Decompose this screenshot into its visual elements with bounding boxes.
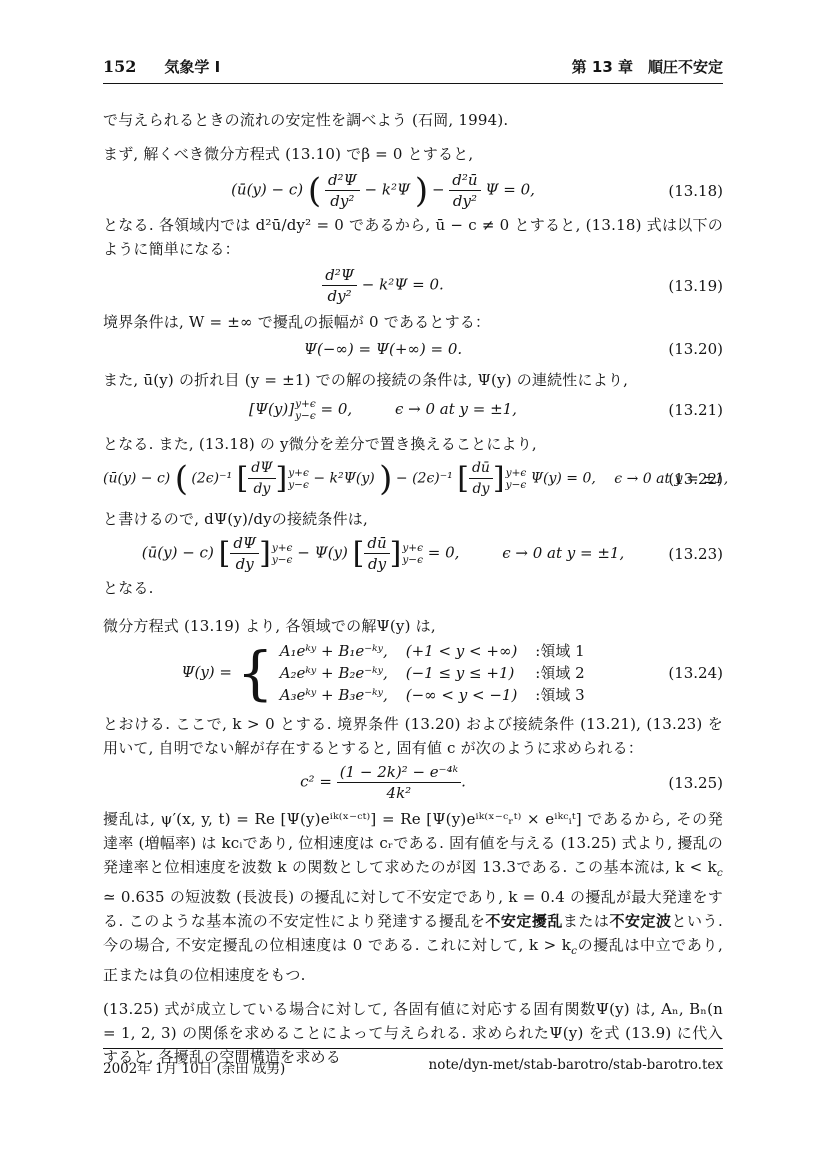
minus-sign: − xyxy=(432,181,445,199)
eq-term: (2ϵ)⁻¹ xyxy=(191,471,232,487)
lower-limit: y−ϵ xyxy=(272,554,293,566)
course-title: 気象学 I xyxy=(164,56,220,77)
eq-term: Ψ(y) = xyxy=(181,663,232,681)
case-expr: A₂eᵏʸ + B₂e⁻ᵏʸ, xyxy=(280,664,388,682)
case-cond: (−1 ≤ y ≤ +1) xyxy=(406,664,518,682)
eq-term: Ψ(−∞) = Ψ(+∞) = 0. xyxy=(304,340,462,358)
numerator: d²Ψ xyxy=(322,267,357,285)
chapter-title: 第 13 章 順圧不安定 xyxy=(572,56,723,77)
page-number: 152 xyxy=(103,57,136,76)
fraction: d²Ψdy² xyxy=(322,267,357,304)
page-header: 152 気象学 I 第 13 章 順圧不安定 xyxy=(103,56,723,84)
limits: y+ϵy−ϵ xyxy=(295,398,316,422)
text-segment: または xyxy=(563,912,610,930)
equation-number: (13.25) xyxy=(668,774,723,792)
right-bracket: ] xyxy=(276,464,288,494)
equation-number: (13.22) xyxy=(668,470,723,488)
case-cond: (+1 < y < +∞) xyxy=(406,642,518,660)
fraction: d²Ψdy² xyxy=(325,172,360,209)
right-paren: ) xyxy=(415,174,427,208)
left-bracket: [ xyxy=(219,539,231,569)
eq-term: − k²Ψ xyxy=(365,181,411,199)
eq-term: − k²Ψ(y) xyxy=(313,471,374,487)
denominator: 4k² xyxy=(337,782,461,801)
eq-term: (ū(y) − c) xyxy=(231,181,303,199)
equation-13-20: Ψ(−∞) = Ψ(+∞) = 0. (13.20) xyxy=(103,340,723,358)
fraction: dΨdy xyxy=(248,460,275,497)
limits: y+ϵy−ϵ xyxy=(288,467,309,491)
right-paren: ) xyxy=(379,462,391,496)
subscript-c: c xyxy=(717,867,723,879)
paragraph-intro: で与えられるときの流れの安定性を調べよう (石岡, 1994). xyxy=(103,108,723,132)
equation-13-21: [Ψ(y)]y+ϵy−ϵ = 0, ϵ → 0 at y = ±1, (13.2… xyxy=(103,398,723,422)
eq-term: − k²Ψ = 0. xyxy=(362,276,444,294)
left-paren: ( xyxy=(175,462,187,496)
eq-term: (ū(y) − c) xyxy=(103,471,170,487)
limits: y+ϵy−ϵ xyxy=(402,542,423,566)
footer-date: 2002年 1月 10日 (余田 成男) xyxy=(103,1057,285,1077)
case-expr: A₁eᵏʸ + B₁e⁻ᵏʸ, xyxy=(280,642,388,660)
upper-limit: y+ϵ xyxy=(402,542,423,554)
fraction: dūdy xyxy=(469,460,493,497)
numerator: dū xyxy=(469,460,493,478)
lower-limit: y−ϵ xyxy=(295,410,316,422)
eq-term: = 0, xyxy=(321,400,353,418)
equation-13-18: (ū(y) − c) ( d²Ψdy² − k²Ψ ) − d²ūdy² Ψ =… xyxy=(103,172,723,209)
equation-number: (13.21) xyxy=(668,401,723,419)
equation-13-25: c² = (1 − 2k)² − e⁻⁴ᵏ4k². (13.25) xyxy=(103,764,723,801)
paragraph: となる. 各領域内では d²ū/dy² = 0 であるから, ū − c ≠ 0… xyxy=(103,213,723,261)
numerator: dū xyxy=(364,535,389,553)
eq-term: (ū(y) − c) xyxy=(142,544,214,562)
case-expr: A₃eᵏʸ + B₃e⁻ᵏʸ, xyxy=(280,686,388,704)
right-bracket: ] xyxy=(493,464,505,494)
equation-13-22: (ū(y) − c) ( (2ϵ)⁻¹ [dΨdy]y+ϵy−ϵ − k²Ψ(y… xyxy=(103,460,723,497)
numerator: dΨ xyxy=(230,535,259,553)
equation-13-24: Ψ(y) = { A₁eᵏʸ + B₁e⁻ᵏʸ, (+1 < y < +∞) :… xyxy=(103,642,723,704)
eq-condition: ϵ → 0 at y = ±1, xyxy=(502,544,624,562)
case-region: :領域 3 xyxy=(535,686,584,704)
numerator: dΨ xyxy=(248,460,275,478)
eq-term: Ψ(y) = 0, xyxy=(531,471,596,487)
upper-limit: y+ϵ xyxy=(272,542,293,554)
fraction: dūdy xyxy=(364,535,389,572)
eq-term: c² = xyxy=(300,773,332,791)
paragraph: 微分方程式 (13.19) より, 各領域での解Ψ(y) は, xyxy=(103,614,723,638)
upper-limit: y+ϵ xyxy=(288,467,309,479)
eq-condition: ϵ → 0 at y = ±1, xyxy=(395,400,517,418)
eq-term: − Ψ(y) xyxy=(297,544,348,562)
denominator: dy xyxy=(364,553,389,572)
eq-term: . xyxy=(461,773,466,791)
paragraph-discussion: 擾乱は, ψ′(x, y, t) = Re [Ψ(y)eⁱᵏ⁽ˣ⁻ᶜᵗ⁾] = … xyxy=(103,807,723,987)
fraction: dΨdy xyxy=(230,535,259,572)
case-cond: (−∞ < y < −1) xyxy=(406,686,518,704)
fraction: d²ūdy² xyxy=(449,172,480,209)
footer-file-path: note/dyn-met/stab-barotro/stab-barotro.t… xyxy=(429,1057,723,1077)
lower-limit: y−ϵ xyxy=(288,479,309,491)
equation-number: (13.19) xyxy=(668,277,723,295)
case-region: :領域 2 xyxy=(535,664,584,682)
paragraph: 境界条件は, W = ±∞ で擾乱の振幅が 0 であるとする： xyxy=(103,310,723,334)
text-segment: 擾乱は, ψ′(x, y, t) = Re [Ψ(y)eⁱᵏ⁽ˣ⁻ᶜᵗ⁾] = … xyxy=(103,810,723,876)
lower-limit: y−ϵ xyxy=(506,479,527,491)
equation-number: (13.18) xyxy=(668,182,723,200)
left-bracket: [ xyxy=(457,464,469,494)
limits: y+ϵy−ϵ xyxy=(506,467,527,491)
fraction: (1 − 2k)² − e⁻⁴ᵏ4k² xyxy=(337,764,461,801)
equation-13-23: (ū(y) − c) [dΨdy]y+ϵy−ϵ − Ψ(y) [dūdy]y+ϵ… xyxy=(103,535,723,572)
upper-limit: y+ϵ xyxy=(295,398,316,410)
equation-13-19: d²Ψdy² − k²Ψ = 0. (13.19) xyxy=(103,267,723,304)
denominator: dy² xyxy=(449,190,480,209)
paragraph: また, ū(y) の折れ目 (y = ±1) での解の接続の条件は, Ψ(y) … xyxy=(103,368,723,392)
paragraph: とおける. ここで, k > 0 とする. 境界条件 (13.20) および接続… xyxy=(103,712,723,760)
header-left: 152 気象学 I xyxy=(103,56,220,77)
denominator: dy xyxy=(248,478,275,497)
paragraph-setup: まず, 解くべき微分方程式 (13.10) でβ = 0 とすると, xyxy=(103,142,723,166)
left-paren: ( xyxy=(308,174,320,208)
case-region: :領域 1 xyxy=(535,642,584,660)
left-brace: { xyxy=(237,644,274,702)
equation-number: (13.23) xyxy=(668,545,723,563)
cases-group: { A₁eᵏʸ + B₁e⁻ᵏʸ, (+1 < y < +∞) :領域 1 A₂… xyxy=(237,642,585,704)
bold-term-unstable-disturbance: 不安定擾乱 xyxy=(485,912,563,930)
limits: y+ϵy−ϵ xyxy=(272,542,293,566)
bold-term-unstable-wave: 不安定波 xyxy=(609,912,671,930)
paragraph: と書けるので, dΨ(y)/dyの接続条件は, xyxy=(103,507,723,531)
numerator: d²Ψ xyxy=(325,172,360,190)
right-bracket: ] xyxy=(259,539,271,569)
right-bracket: ] xyxy=(390,539,402,569)
eq-term: [Ψ(y)] xyxy=(249,400,294,418)
numerator: d²ū xyxy=(449,172,480,190)
page-content: 152 気象学 I 第 13 章 順圧不安定 で与えられるときの流れの安定性を調… xyxy=(103,56,723,1069)
denominator: dy² xyxy=(322,285,357,304)
denominator: dy xyxy=(469,478,493,497)
lower-limit: y−ϵ xyxy=(402,554,423,566)
denominator: dy xyxy=(230,553,259,572)
page-footer: 2002年 1月 10日 (余田 成男) note/dyn-met/stab-b… xyxy=(103,1048,723,1077)
eq-term: Ψ = 0, xyxy=(485,181,535,199)
denominator: dy² xyxy=(325,190,360,209)
left-bracket: [ xyxy=(237,464,249,494)
cases-table: A₁eᵏʸ + B₁e⁻ᵏʸ, (+1 < y < +∞) :領域 1 A₂eᵏ… xyxy=(280,642,585,704)
paragraph: となる. xyxy=(103,576,723,600)
numerator: (1 − 2k)² − e⁻⁴ᵏ xyxy=(337,764,461,782)
upper-limit: y+ϵ xyxy=(506,467,527,479)
equation-number: (13.24) xyxy=(668,664,723,682)
minus-sign: − xyxy=(396,471,408,487)
eq-term: (2ϵ)⁻¹ xyxy=(412,471,453,487)
eq-term: = 0, xyxy=(428,544,460,562)
paragraph: となる. また, (13.18) の y微分を差分で置き換えることにより, xyxy=(103,432,723,456)
left-bracket: [ xyxy=(353,539,365,569)
equation-number: (13.20) xyxy=(668,340,723,358)
